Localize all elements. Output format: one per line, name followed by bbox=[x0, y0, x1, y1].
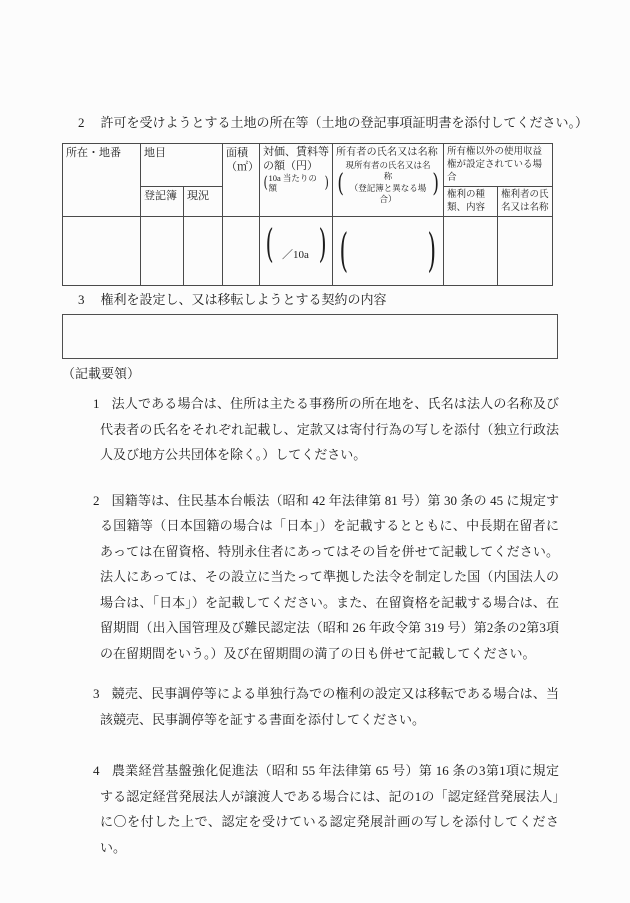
header-price-bracket: ( 10a 当たりの額 ) bbox=[263, 173, 329, 194]
paren-open-icon: ( bbox=[340, 227, 349, 275]
header-owner-title: 所有者の氏名又は名称 bbox=[336, 146, 440, 159]
section-3-title: 権利を設定し、又は移転しようとする契約の内容 bbox=[101, 292, 387, 307]
paren-open-icon: ( bbox=[337, 171, 344, 194]
note-item: 1法人である場合は、住所は主たる事務所の所在地を、氏名は法人の名称及び代表者の氏… bbox=[100, 391, 559, 468]
header-area-line1: 面積 bbox=[226, 146, 256, 160]
note-item: 2国籍等は、住民基本台帳法（昭和 42 年法律第 81 号）第 30 条の 45… bbox=[100, 488, 559, 667]
header-owner-subnote: ( 現所有者の氏名又は名称 （登記簿と異なる場合） ) bbox=[336, 160, 440, 206]
header-location: 所在・地番 bbox=[63, 144, 141, 217]
header-current-state: 現況 bbox=[184, 187, 223, 217]
header-area: 面積 （㎡） bbox=[223, 144, 260, 217]
document-page: 2許可を受けようとする土地の所在等（土地の登記事項証明書を添付してください。） … bbox=[0, 0, 630, 903]
paren-close-icon: ) bbox=[428, 227, 437, 275]
price-per-10a-label: ／10a bbox=[282, 248, 310, 265]
header-price-note: 10a 当たりの額 bbox=[268, 173, 323, 194]
header-area-line2: （㎡） bbox=[226, 160, 256, 174]
field-price: ( ／10a ) bbox=[260, 217, 333, 286]
paren-close-icon: ) bbox=[324, 177, 328, 189]
section-2-heading: 2許可を受けようとする土地の所在等（土地の登記事項証明書を添付してください。） bbox=[78, 113, 588, 133]
owner-bracket-group: ( ) bbox=[336, 219, 440, 275]
land-parcel-table: 所在・地番 地目 面積 （㎡） 対価、賃料等 の額（円） ( 10a 当たりの額… bbox=[62, 143, 553, 286]
header-owner-subnote-line1: 現所有者の氏名又は名称 bbox=[345, 160, 430, 181]
contract-content-box bbox=[62, 314, 558, 359]
field-owner: ( ) bbox=[333, 217, 444, 286]
note-text: 法人である場合は、住所は主たる事務所の所在地を、氏名は法人の名称及び代表者の氏名… bbox=[100, 396, 559, 462]
header-price-line1: 対価、賃料等 bbox=[263, 146, 329, 160]
header-owner: 所有者の氏名又は名称 ( 現所有者の氏名又は名称 （登記簿と異なる場合） ) bbox=[333, 144, 444, 217]
field-registry bbox=[141, 217, 184, 286]
paren-close-icon: ) bbox=[318, 224, 326, 265]
note-item: 4農業経営基盤強化促進法（昭和 55 年法律第 65 号）第 16 条の3第1項… bbox=[100, 758, 559, 860]
header-land-category: 地目 bbox=[141, 144, 223, 187]
note-number: 3 bbox=[93, 686, 100, 701]
header-right-holder: 権利者の氏名又は名称 bbox=[498, 187, 553, 217]
note-text: 国籍等は、住民基本台帳法（昭和 42 年法律第 81 号）第 30 条の 45 … bbox=[100, 493, 559, 661]
note-number: 4 bbox=[93, 763, 100, 778]
header-owner-subnote-line2: （登記簿と異なる場合） bbox=[350, 183, 427, 204]
section-2-number: 2 bbox=[78, 115, 85, 130]
note-text: 農業経営基盤強化促進法（昭和 55 年法律第 65 号）第 16 条の3第1項に… bbox=[100, 763, 559, 855]
note-number: 2 bbox=[93, 493, 100, 508]
paren-close-icon: ) bbox=[432, 171, 439, 194]
field-location bbox=[63, 217, 141, 286]
price-bracket-group: ( ／10a ) bbox=[263, 219, 329, 265]
header-usufruct: 所有権以外の使用収益権が設定されている場合 bbox=[444, 144, 553, 187]
note-item: 3競売、民事調停等による単独行為での権利の設定又は移転である場合は、当該競売、民… bbox=[100, 681, 559, 732]
header-right-type: 権利の種類、内容 bbox=[444, 187, 498, 217]
notes-section: （記載要領） 1法人である場合は、住所は主たる事務所の所在地を、氏名は法人の名称… bbox=[62, 364, 559, 860]
paren-open-icon: ( bbox=[266, 224, 274, 265]
section-3-heading: 3権利を設定し、又は移転しようとする契約の内容 bbox=[78, 290, 387, 310]
field-right-holder bbox=[498, 217, 553, 286]
field-current-state bbox=[184, 217, 223, 286]
field-right-type bbox=[444, 217, 498, 286]
header-owner-subnote-lines: 現所有者の氏名又は名称 （登記簿と異なる場合） bbox=[345, 160, 430, 206]
paren-open-icon: ( bbox=[264, 177, 268, 189]
header-price: 対価、賃料等 の額（円） ( 10a 当たりの額 ) bbox=[260, 144, 333, 217]
header-registry: 登記簿 bbox=[141, 187, 184, 217]
section-3-number: 3 bbox=[78, 292, 85, 307]
section-2-title: 許可を受けようとする土地の所在等（土地の登記事項証明書を添付してください。） bbox=[101, 115, 589, 130]
header-price-line2: の額（円） bbox=[263, 160, 329, 174]
field-area bbox=[223, 217, 260, 286]
note-text: 競売、民事調停等による単独行為での権利の設定又は移転である場合は、当該競売、民事… bbox=[100, 686, 559, 727]
notes-title: （記載要領） bbox=[62, 364, 559, 384]
note-number: 1 bbox=[93, 396, 100, 411]
